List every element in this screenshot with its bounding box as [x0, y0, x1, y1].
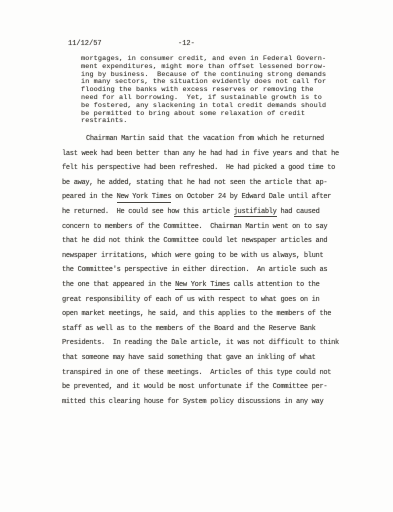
- body-line: that someone may have said something tha…: [62, 351, 346, 366]
- body-text-segment: staff as well as to the members of the B…: [62, 325, 316, 333]
- body-line: newspaper irritations, which were going …: [62, 249, 346, 264]
- underlined-text: New York Times: [175, 281, 230, 290]
- body-text-segment: that he did not think the Committee coul…: [62, 237, 327, 245]
- header-page-number: -12-: [178, 40, 195, 48]
- body-line: great responsibility of each of us with …: [62, 293, 346, 308]
- body-text-segment: calls attention to the: [230, 281, 320, 289]
- body-line: that he did not think the Committee coul…: [62, 234, 346, 249]
- body-text-segment: the one that appeared in the: [62, 281, 175, 289]
- underlined-text: justifiably: [234, 208, 277, 217]
- body-text-segment: concern to members of the Committee. Cha…: [62, 223, 327, 231]
- body-text-segment: he returned. He could see how this artic…: [62, 208, 234, 216]
- body-text-segment: be prevented, and it would be most unfor…: [62, 383, 327, 391]
- quote-block: mortgages, in consumer credit, and even …: [81, 56, 343, 126]
- body-line: peared in the New York Times on October …: [62, 190, 346, 205]
- body-text-segment: be away, he added, stating that he had n…: [62, 179, 327, 187]
- body-text-segment: on October 24 by Edward Dale until after: [171, 193, 331, 201]
- body-text-segment: last week had been better than any he ha…: [62, 150, 339, 158]
- body-line: Presidents. In reading the Dale article,…: [62, 336, 346, 351]
- body-block: Chairman Martin said that the vacation f…: [62, 132, 346, 409]
- document-page: 11/12/57 -12- mortgages, in consumer cre…: [0, 0, 393, 512]
- body-text-segment: the Committee's perspective in either di…: [62, 266, 327, 274]
- body-text-segment: mitted this clearing house for System po…: [62, 398, 323, 406]
- quote-line: restraints.: [81, 118, 343, 126]
- body-line: transpired in one of these meetings. Art…: [62, 366, 346, 381]
- body-text-segment: peared in the: [62, 193, 117, 201]
- body-text-segment: newspaper irritations, which were going …: [62, 252, 323, 260]
- body-line: open market meetings, he said, and this …: [62, 307, 346, 322]
- body-line: mitted this clearing house for System po…: [62, 395, 346, 410]
- body-text-segment: great responsibility of each of us with …: [62, 296, 319, 304]
- body-text-segment: Presidents. In reading the Dale article,…: [62, 339, 339, 347]
- body-line: last week had been better than any he ha…: [62, 147, 346, 162]
- body-line: he returned. He could see how this artic…: [62, 205, 346, 220]
- body-line: be prevented, and it would be most unfor…: [62, 380, 346, 395]
- body-text-segment: felt his perspective had been refreshed.…: [62, 164, 335, 172]
- body-line: be away, he added, stating that he had n…: [62, 176, 346, 191]
- body-line: Chairman Martin said that the vacation f…: [62, 132, 346, 147]
- body-text-segment: had caused: [277, 208, 320, 216]
- underlined-text: New York Times: [117, 193, 172, 202]
- body-line: the one that appeared in the New York Ti…: [62, 278, 346, 293]
- body-text-segment: that someone may have said something tha…: [62, 354, 316, 362]
- body-line: felt his perspective had been refreshed.…: [62, 161, 346, 176]
- body-line: staff as well as to the members of the B…: [62, 322, 346, 337]
- body-line: the Committee's perspective in either di…: [62, 263, 346, 278]
- body-text-segment: Chairman Martin said that the vacation f…: [86, 135, 324, 143]
- page-header: 11/12/57 -12-: [0, 40, 393, 50]
- body-text-segment: open market meetings, he said, and this …: [62, 310, 331, 318]
- body-line: concern to members of the Committee. Cha…: [62, 220, 346, 235]
- body-text-segment: transpired in one of these meetings. Art…: [62, 369, 331, 377]
- header-date: 11/12/57: [68, 40, 102, 48]
